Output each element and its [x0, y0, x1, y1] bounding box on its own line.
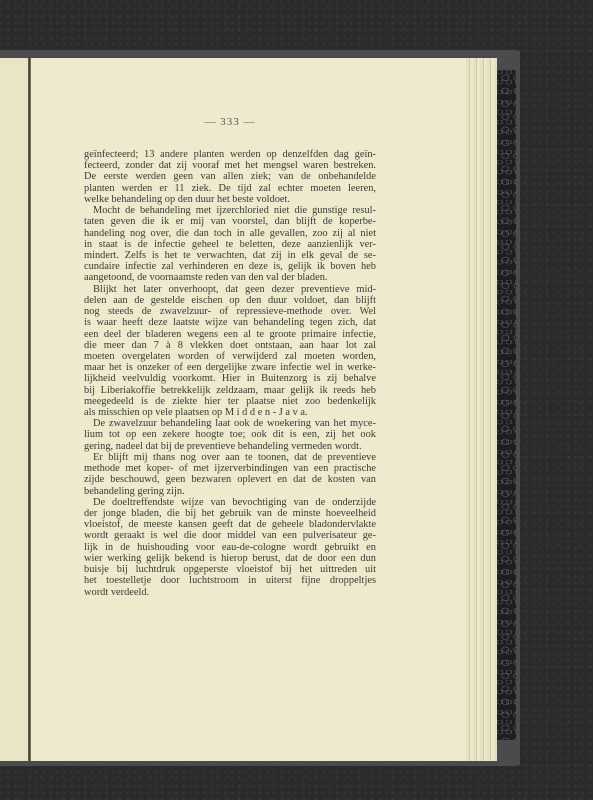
text-line: moeten overgelaten worden of verwijderd … [84, 351, 376, 362]
text-line: De zwavelzuur behandeling laat ook de wo… [84, 418, 376, 429]
text-line: mindert. Zelfs is het te verwachten, dat… [84, 250, 376, 261]
text-line: die meer dan 7 à 8 vlekken doet ontstaan… [84, 340, 376, 351]
left-page [0, 58, 28, 761]
marbled-edge [497, 70, 516, 740]
text-line: aangetoond, de voornaamste reden van den… [84, 272, 376, 283]
text-line: fecteerd, zonder dat zij vooraf met het … [84, 160, 376, 171]
text-line: der jonge bladen, die bij het gebruik va… [84, 508, 376, 519]
text-line: buisje bij luchtdruk opgeperste vloeisto… [84, 564, 376, 575]
text-line: wier werking gelijk bekend is hierop ber… [84, 553, 376, 564]
text-line: taten geven die ik er mij van voorstel, … [84, 216, 376, 227]
text-line: methode met koper- of met ijzerverbindin… [84, 463, 376, 474]
text-line: lijkheid veelvuldig voorkomt. Hier in Bu… [84, 373, 376, 384]
body-text: geïnfecteerd; 13 andere planten werden o… [84, 149, 376, 598]
text-line: maar het is onzeker of een dergelijke zw… [84, 362, 376, 373]
text-line: bij Liberiakoffie betrekkelijk zeldzaam,… [84, 385, 376, 396]
page-number: — 333 — [31, 116, 429, 128]
text-line: planten werden er 11 ziek. De tijd zal e… [84, 183, 376, 194]
text-line: meegedeeld is de ziekte hier ter plaatse… [84, 396, 376, 407]
text-line: Mocht de behandeling met ijzerchloried n… [84, 205, 376, 216]
text-line: geïnfecteerd; 13 andere planten werden o… [84, 149, 376, 160]
text-line: lium tot op een zekere hoogte toe; ook d… [84, 429, 376, 440]
text-line: gering, nadeel dat bij de preventieve be… [84, 441, 376, 452]
text-line: behandeling gering zijn. [84, 486, 376, 497]
text-line: het toestelletje door luchtstroom in uit… [84, 575, 376, 586]
text-line: als misschien op vele plaatsen op M i d … [84, 407, 376, 418]
text-line: De eerste werden geen van allen ziek; va… [84, 171, 376, 182]
text-line: zijde beschouwd, geen bezwaren oplevert … [84, 474, 376, 485]
text-line: lijk in de huishouding voor eau-de-colog… [84, 542, 376, 553]
text-line: welke behandeling op den duur het beste … [84, 194, 376, 205]
text-line: een deel der bladeren wegens een al te g… [84, 329, 376, 340]
text-line: in staat is de infectie geheel te belett… [84, 239, 376, 250]
text-line: cundaire infectie zal verhinderen en dez… [84, 261, 376, 272]
text-line: wordt verdeeld. [84, 587, 376, 598]
text-line: Er blijft mij thans nog over aan te toon… [84, 452, 376, 463]
text-line: De doeltreffendste wijze van bevochtigin… [84, 497, 376, 508]
text-line: handeling nog over, die dan toch in alle… [84, 228, 376, 239]
text-line: delen aan de gestelde eischen op den duu… [84, 295, 376, 306]
text-line: vloeistof, de meeste kansen geeft dat de… [84, 519, 376, 530]
text-line: is waar heeft deze laatste wijze van beh… [84, 317, 376, 328]
text-line: Blijkt het later onverhoopt, dat geen de… [84, 284, 376, 295]
text-line: nog steeds de zwavelzuur- of repressieve… [84, 306, 376, 317]
text-line: wordt geraakt is wel die door middel van… [84, 530, 376, 541]
page-edges [466, 58, 497, 761]
